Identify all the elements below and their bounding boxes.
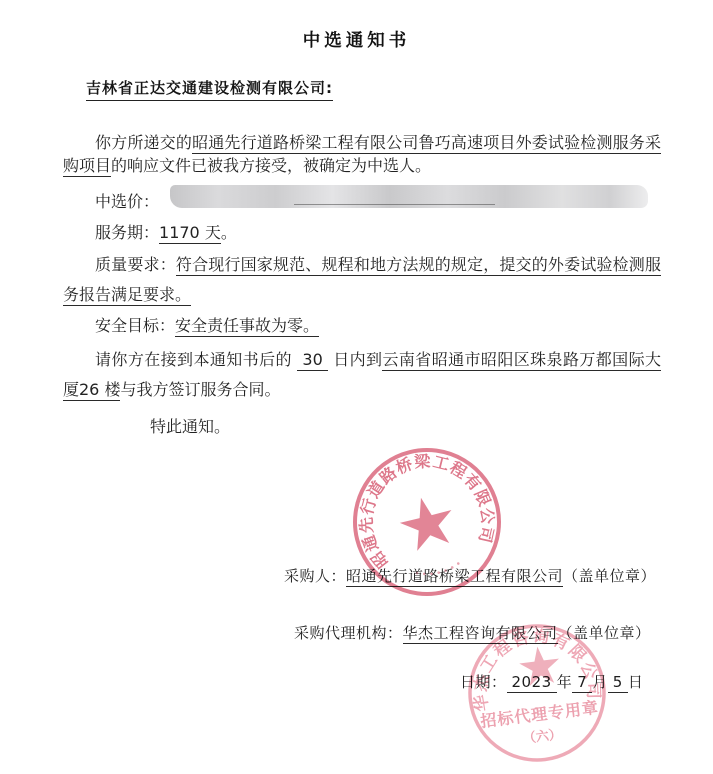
signing-mid: 日内到: [328, 350, 383, 369]
star-icon: [395, 491, 459, 553]
service-period-value: 1170 天: [159, 223, 221, 244]
seal-center-line: 招标代理专用章: [478, 698, 599, 731]
signing-days: 30: [297, 350, 327, 371]
star-icon: [517, 644, 561, 687]
safety-goal-value: 安全责任事故为零。: [175, 316, 319, 337]
date-day-unit: 日: [628, 673, 644, 691]
signing-lead: 请你方在接到本通知书后的: [95, 350, 297, 369]
acceptance-lead: 你方所递交的: [95, 133, 192, 152]
service-period-end: 。: [221, 223, 237, 242]
winning-price-row: 中选价：: [63, 189, 661, 212]
date-day: 5: [608, 673, 628, 693]
signing-tail: 与我方签订服务合同。: [120, 380, 280, 399]
seal-serial-dots: [415, 561, 460, 579]
agency-seal-stamp: 华杰工程咨询有限公司 招标代理专用章 （六）: [456, 612, 619, 774]
purchaser-seal-stamp: 昭通先行道路桥梁工程有限公司: [330, 425, 524, 619]
scanned-document-page: 中选通知书 吉林省正达交通建设检测有限公司: 你方所递交的昭通先行道路桥梁工程有…: [0, 0, 713, 774]
quality-requirement-paragraph: 质量要求：符合现行国家规范、规程和地方法规的规定，提交的外委试验检测服务报告满足…: [63, 250, 661, 310]
acceptance-paragraph: 你方所递交的昭通先行道路桥梁工程有限公司鲁巧高速项目外委试验检测服务采购项目的响…: [63, 131, 661, 177]
doc-title: 中选通知书: [0, 27, 713, 52]
winning-price-label: 中选价：: [95, 192, 159, 211]
seal-sub-line: （六）: [522, 726, 563, 747]
closing-line: 特此通知。: [150, 414, 230, 437]
addressee-line: 吉林省正达交通建设检测有限公司:: [86, 77, 333, 101]
purchaser-suffix: （盖单位章）: [563, 567, 656, 585]
service-period-label: 服务期：: [95, 223, 159, 242]
safety-goal-label: 安全目标：: [95, 316, 175, 335]
contract-signing-paragraph: 请你方在接到本通知书后的 30 日内到云南省昭通市昭阳区珠泉路万都国际大厦26 …: [63, 345, 661, 405]
quality-label: 质量要求：: [95, 255, 176, 274]
acceptance-tail: 的响应文件已被我方接受，被确定为中选人。: [111, 156, 431, 175]
agency-label: 采购代理机构：: [294, 624, 403, 642]
service-period-row: 服务期：1170 天。: [63, 220, 661, 243]
safety-goal-row: 安全目标：安全责任事故为零。: [63, 313, 661, 336]
purchaser-label: 采购人：: [284, 567, 346, 585]
